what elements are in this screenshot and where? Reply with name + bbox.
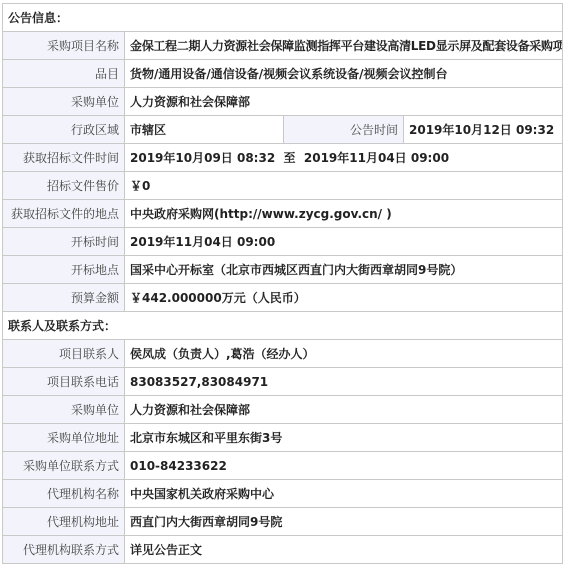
table-row-doc-time: 获取招标文件时间 2019年10月09日 08:32 至 2019年11月04日…	[3, 144, 563, 172]
agency-address-value: 西直门内大街西章胡同9号院	[125, 508, 563, 536]
table-row-purchaser-contact: 采购单位联系方式 010-84233622	[3, 452, 563, 480]
field-label: 获取招标文件的地点	[3, 200, 125, 228]
purchaser-value: 人力资源和社会保障部	[125, 396, 563, 424]
doc-time-value: 2019年10月09日 08:32 至 2019年11月04日 09:00	[125, 144, 563, 172]
table-row-opening-location: 开标地点 国采中心开标室（北京市西城区西直门内大街西章胡同9号院）	[3, 256, 563, 284]
section-header-announcement-info: 公告信息：	[3, 4, 563, 32]
field-label: 开标时间	[3, 228, 125, 256]
table-row-budget: 预算金额 ￥442.000000万元（人民币）	[3, 284, 563, 312]
table-row-project-contact: 项目联系人 侯凤成（负责人）,葛浩（经办人）	[3, 340, 563, 368]
purchaser-contact-value: 010-84233622	[125, 452, 563, 480]
announcement-table: 公告信息： 采购项目名称 金保工程二期人力资源社会保障监测指挥平台建设高清LED…	[2, 3, 563, 564]
field-label: 行政区域	[3, 116, 125, 144]
budget-value: ￥442.000000万元（人民币）	[125, 284, 563, 312]
field-label: 采购单位	[3, 88, 125, 116]
project-phone-value: 83083527,83084971	[125, 368, 563, 396]
table-row-project-name: 采购项目名称 金保工程二期人力资源社会保障监测指挥平台建设高清LED显示屏及配套…	[3, 32, 563, 60]
section-header-contacts: 联系人及联系方式：	[3, 312, 563, 340]
opening-time-value: 2019年11月04日 09:00	[125, 228, 563, 256]
field-label: 获取招标文件时间	[3, 144, 125, 172]
table-row-agency-contact: 代理机构联系方式 详见公告正文	[3, 536, 563, 564]
field-label: 公告时间	[284, 116, 404, 144]
field-label: 项目联系电话	[3, 368, 125, 396]
region-value: 市辖区	[125, 116, 284, 144]
purchaser-address-value: 北京市东城区和平里东街3号	[125, 424, 563, 452]
section-title: 公告信息：	[3, 4, 563, 32]
table-row-doc-price: 招标文件售价 ￥0	[3, 172, 563, 200]
table-row-project-phone: 项目联系电话 83083527,83084971	[3, 368, 563, 396]
table-row-agency-address: 代理机构地址 西直门内大街西章胡同9号院	[3, 508, 563, 536]
project-name-value: 金保工程二期人力资源社会保障监测指挥平台建设高清LED显示屏及配套设备采购项目	[125, 32, 563, 60]
table-row-category: 品目 货物/通用设备/通信设备/视频会议系统设备/视频会议控制台	[3, 60, 563, 88]
announcement-date-value: 2019年10月12日 09:32	[404, 116, 563, 144]
field-label: 代理机构地址	[3, 508, 125, 536]
agency-contact-value: 详见公告正文	[125, 536, 563, 564]
purchaser-value: 人力资源和社会保障部	[125, 88, 563, 116]
field-label: 开标地点	[3, 256, 125, 284]
field-label: 采购项目名称	[3, 32, 125, 60]
field-label: 预算金额	[3, 284, 125, 312]
field-label: 代理机构名称	[3, 480, 125, 508]
opening-location-value: 国采中心开标室（北京市西城区西直门内大街西章胡同9号院）	[125, 256, 563, 284]
table-row-doc-location: 获取招标文件的地点 中央政府采购网(http://www.zycg.gov.cn…	[3, 200, 563, 228]
table-row-purchaser-address: 采购单位地址 北京市东城区和平里东街3号	[3, 424, 563, 452]
field-label: 采购单位联系方式	[3, 452, 125, 480]
table-row-region-and-date: 行政区域 市辖区 公告时间 2019年10月12日 09:32	[3, 116, 563, 144]
section-title: 联系人及联系方式：	[3, 312, 563, 340]
category-value: 货物/通用设备/通信设备/视频会议系统设备/视频会议控制台	[125, 60, 563, 88]
field-label: 代理机构联系方式	[3, 536, 125, 564]
field-label: 招标文件售价	[3, 172, 125, 200]
agency-name-value: 中央国家机关政府采购中心	[125, 480, 563, 508]
table-row-agency-name: 代理机构名称 中央国家机关政府采购中心	[3, 480, 563, 508]
field-label: 品目	[3, 60, 125, 88]
field-label: 采购单位地址	[3, 424, 125, 452]
field-label: 项目联系人	[3, 340, 125, 368]
field-label: 采购单位	[3, 396, 125, 424]
project-contact-value: 侯凤成（负责人）,葛浩（经办人）	[125, 340, 563, 368]
doc-location-value[interactable]: 中央政府采购网(http://www.zycg.gov.cn/ )	[125, 200, 563, 228]
doc-price-value: ￥0	[125, 172, 563, 200]
table-row-purchaser: 采购单位 人力资源和社会保障部	[3, 88, 563, 116]
table-row-opening-time: 开标时间 2019年11月04日 09:00	[3, 228, 563, 256]
table-row-purchaser-2: 采购单位 人力资源和社会保障部	[3, 396, 563, 424]
